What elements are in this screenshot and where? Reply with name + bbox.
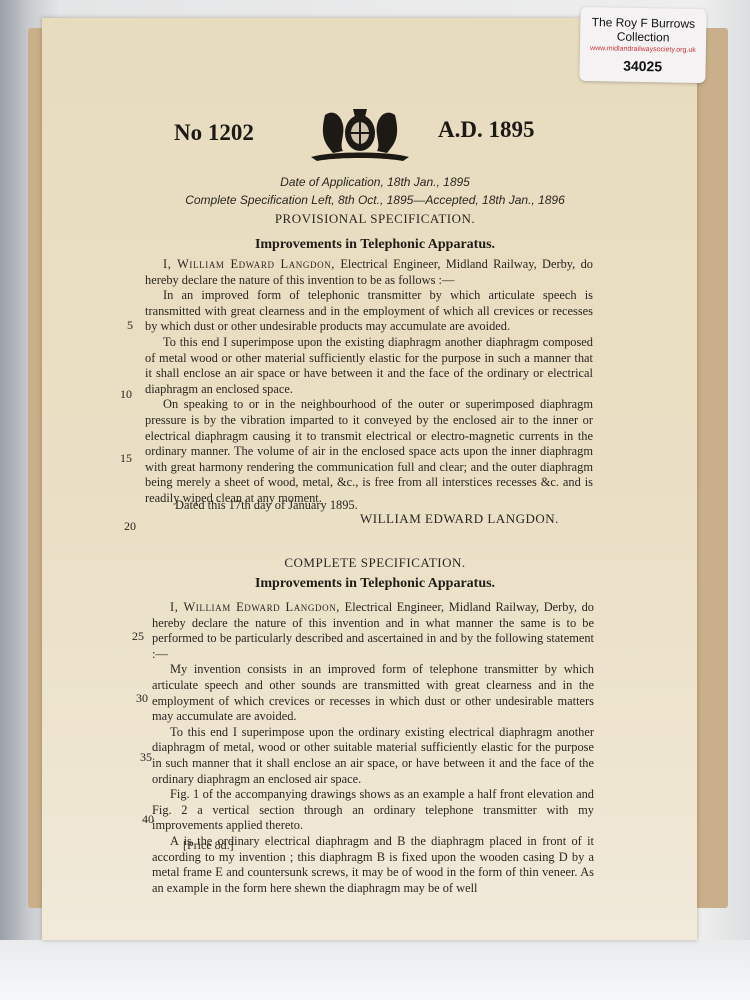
specification-dates: Complete Specification Left, 8th Oct., 1… [0,193,750,207]
label-title: The Roy F BurrowsCollection [580,15,706,45]
line-number: 35 [140,750,152,765]
complete-paragraph: My invention consists in an improved for… [152,662,594,724]
patent-number: No 1202 [174,120,254,146]
provisional-paragraph: In an improved form of telephonic transm… [145,288,593,335]
line-number: 15 [120,451,132,466]
provisional-intro: I, William Edward Langdon, Electrical En… [145,257,593,288]
complete-title: Improvements in Telephonic Apparatus. [0,576,750,592]
provisional-dated: Dated this 17th day of January 1895. [175,498,358,513]
complete-intro: I, William Edward Langdon, Electrical En… [152,600,594,662]
provisional-paragraph: To this end I superimpose upon the exist… [145,335,593,397]
price-note: [Price 8d.] [183,838,234,853]
line-number: 25 [132,629,144,644]
complete-paragraph: To this end I superimpose upon the ordin… [152,725,594,787]
provisional-paragraph: On speaking to or in the neighbourhood o… [145,397,593,506]
complete-heading: COMPLETE SPECIFICATION. [0,555,750,571]
label-url: www.midlandrailwaysociety.org.uk [580,45,706,54]
application-date: Date of Application, 18th Jan., 1895 [0,175,750,189]
patent-year: A.D. 1895 [438,117,534,143]
complete-paragraph: Fig. 1 of the accompanying drawings show… [152,787,594,834]
line-number: 20 [124,519,136,534]
collection-label: The Roy F BurrowsCollection www.midlandr… [579,7,706,83]
provisional-signature: WILLIAM EDWARD LANGDON. [360,511,559,527]
royal-crest-icon [305,95,415,163]
label-number: 34025 [580,57,706,75]
line-number: 5 [127,318,133,333]
line-number: 30 [136,691,148,706]
provisional-title: Improvements in Telephonic Apparatus. [0,237,750,253]
provisional-body: I, William Edward Langdon, Electrical En… [145,257,593,507]
line-number: 10 [120,387,132,402]
line-number: 40 [142,812,154,827]
provisional-heading: PROVISIONAL SPECIFICATION. [0,211,750,227]
plastic-sleeve [0,940,750,1000]
